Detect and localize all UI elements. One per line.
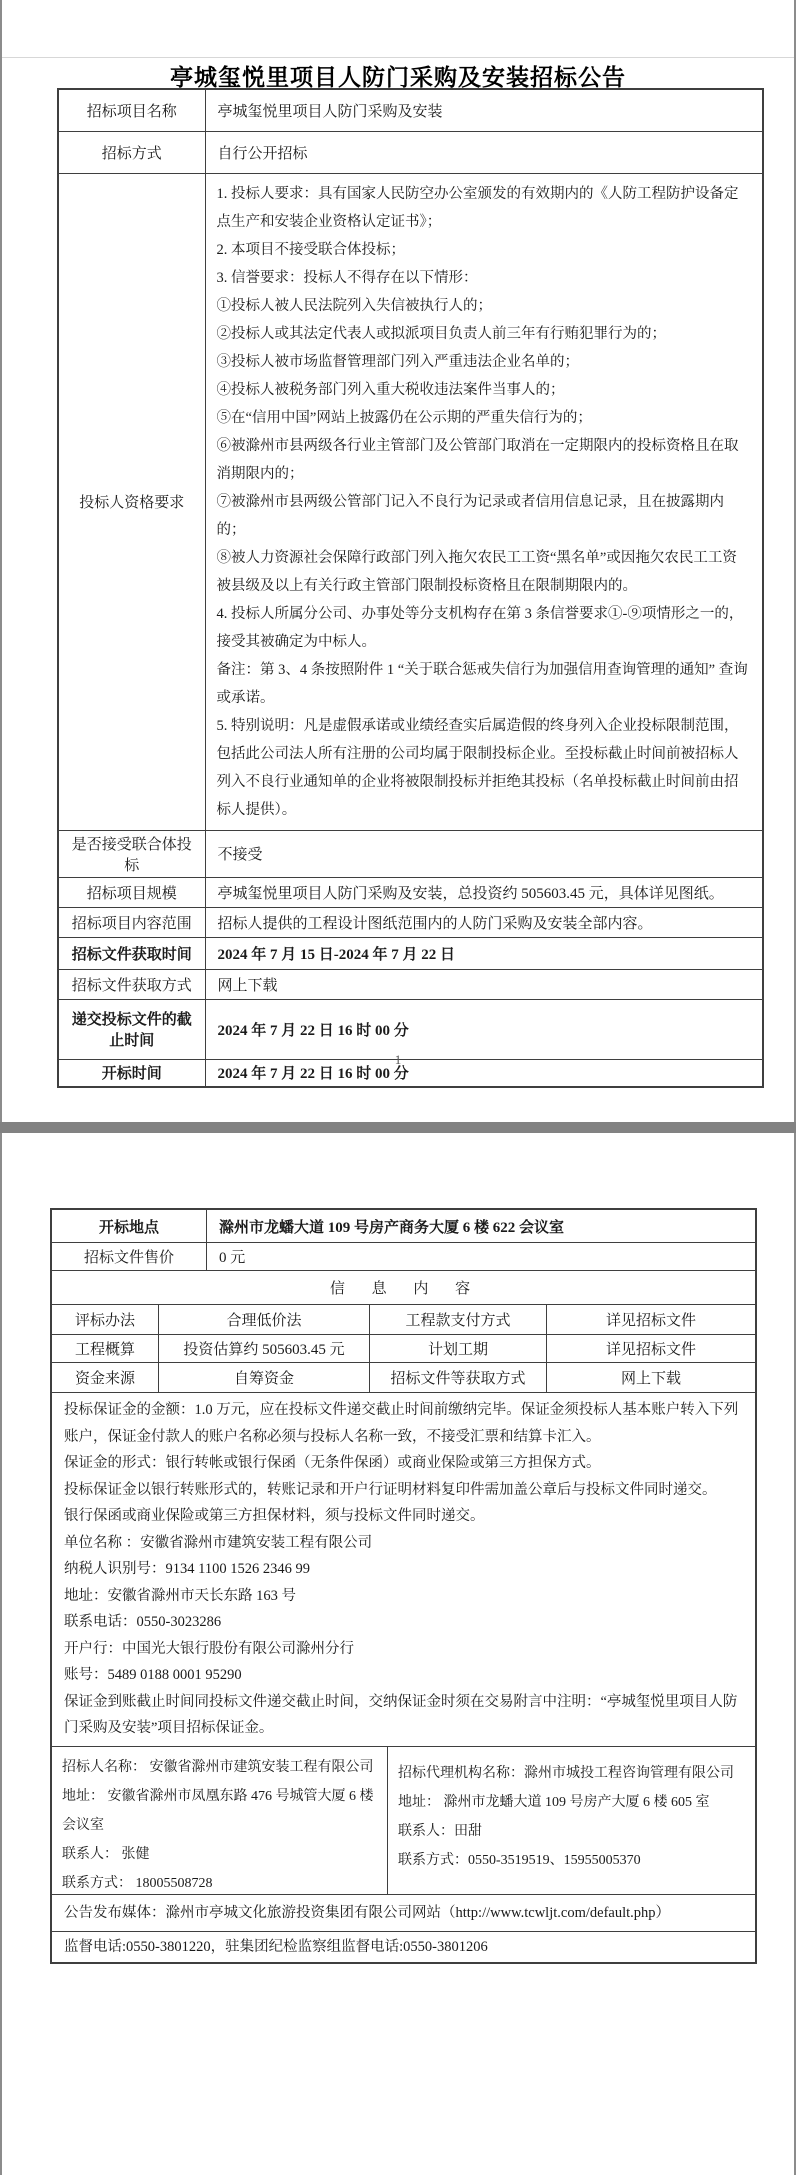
media-row: 公告发布媒体：滁州市亭城文化旅游投资集团有限公司网站（http://www.tc…: [52, 1894, 755, 1931]
table-row-qualification: 投标人资格要求 1. 投标人要求：具有国家人民防空办公室颁发的有效期内的《人防工…: [58, 173, 763, 830]
qualification-line: ④投标人被税务部门列入重大税收违法案件当事人的；: [217, 376, 752, 404]
bidder-line: 招标人名称： 安徽省滁州市建筑安装工程有限公司: [62, 1753, 377, 1782]
row-label: 投标人资格要求: [58, 173, 205, 830]
qualification-line: ⑤在“信用中国”网站上披露仍在公示期的严重失信行为的；: [217, 404, 752, 432]
bidder-line: 地址： 安徽省滁州市凤凰东路 476 号城管大厦 6 楼会议室: [62, 1782, 377, 1840]
row-value: 自行公开招标: [205, 131, 763, 173]
qualification-line: 备注：第 3、4 条按照附件 1 “关于联合惩戒失信行为加强信用查询管理的通知”…: [217, 656, 752, 712]
agency-cell: 招标代理机构名称：滁州市城投工程咨询管理有限公司 地址： 滁州市龙蟠大道 109…: [387, 1747, 755, 1894]
qualification-line: 2. 本项目不接受联合体投标；: [217, 236, 752, 264]
qualification-line: ⑧被人力资源社会保障行政部门列入拖欠农民工工资“黑名单”或因拖欠农民工工资被县级…: [217, 544, 752, 600]
deposit-cell: 投标保证金的金额：1.0 万元，应在投标文件递交截止时间前缴纳完毕。保证金须投标…: [52, 1393, 755, 1746]
page-top-divider: [2, 57, 794, 58]
supervision-text: 监督电话:0550-3801220，驻集团纪检监察组监督电话:0550-3801…: [64, 1934, 488, 1961]
row-value: 0 元: [206, 1243, 755, 1270]
table-row: 招标项目内容范围 招标人提供的工程设计图纸范围内的人防门采购及安装全部内容。: [58, 907, 763, 937]
row-value: 2024 年 7 月 22 日 16 时 00 分: [205, 999, 763, 1059]
row-value: 亭城玺悦里项目人防门采购及安装，总投资约 505603.45 元，具体详见图纸。: [205, 877, 763, 907]
contacts-row: 招标人名称： 安徽省滁州市建筑安装工程有限公司 地址： 安徽省滁州市凤凰东路 4…: [52, 1746, 755, 1894]
table-row: 是否接受联合体投标 不接受: [58, 830, 763, 877]
info-cell: 详见招标文件: [546, 1335, 755, 1362]
row-value: 招标人提供的工程设计图纸范围内的人防门采购及安装全部内容。: [205, 907, 763, 937]
deposit-line: 银行保函或商业保险或第三方担保材料，须与投标文件同时递交。: [64, 1503, 743, 1530]
row-label: 招标项目规模: [58, 877, 205, 907]
page-number: 1: [0, 1052, 796, 1068]
info-cell: 评标办法: [52, 1305, 158, 1334]
qualification-line: ③投标人被市场监督管理部门列入严重违法企业名单的；: [217, 348, 752, 376]
media-text: 公告发布媒体：滁州市亭城文化旅游投资集团有限公司网站（http://www.tc…: [64, 1900, 670, 1927]
row-value: 网上下载: [205, 969, 763, 999]
bidder-cell: 招标人名称： 安徽省滁州市建筑安装工程有限公司 地址： 安徽省滁州市凤凰东路 4…: [52, 1747, 387, 1894]
info-cell: 详见招标文件: [546, 1305, 755, 1334]
info-cell: 工程款支付方式: [369, 1305, 546, 1334]
qualification-line: 4. 投标人所属分公司、办事处等分支机构存在第 3 条信誉要求①-⑨项情形之一的…: [217, 600, 752, 656]
agency-line: 联系方式：0550-3519519、15955005370: [398, 1846, 745, 1875]
page-separator: [0, 1122, 796, 1133]
page-left-border: [0, 0, 2, 2175]
media-cell: 公告发布媒体：滁州市亭城文化旅游投资集团有限公司网站（http://www.tc…: [52, 1895, 755, 1931]
deposit-line: 投标保证金以银行转账形式的，转账记录和开户行证明材料复印件需加盖公章后与投标文件…: [64, 1477, 743, 1504]
table-row: 资金来源 自筹资金 招标文件等获取方式 网上下载: [52, 1362, 755, 1392]
table-row: 招标文件售价 0 元: [52, 1242, 755, 1270]
deposit-line: 投标保证金的金额：1.0 万元，应在投标文件递交截止时间前缴纳完毕。保证金须投标…: [64, 1397, 743, 1450]
deposit-line: 保证金到账截止时间同投标文件递交截止时间，交纳保证金时须在交易附言中注明：“亭城…: [64, 1689, 743, 1742]
deposit-line: 保证金的形式：银行转帐或银行保函（无条件保函）或商业保险或第三方担保方式。: [64, 1450, 743, 1477]
page1-table: 招标项目名称 亭城玺悦里项目人防门采购及安装 招标方式 自行公开招标 投标人资格…: [57, 88, 764, 1088]
info-cell: 网上下载: [546, 1363, 755, 1392]
document-viewer: { "document": { "page1": { "title": "亭城玺…: [0, 0, 796, 2175]
table-row: 招标项目名称 亭城玺悦里项目人防门采购及安装: [58, 89, 763, 131]
row-label: 招标文件售价: [52, 1243, 206, 1270]
section-header-row: 信 息 内 容: [52, 1270, 755, 1304]
qualification-line: ⑥被滁州市县两级各行业主管部门及公管部门取消在一定期限内的投标资格且在取消期限内…: [217, 432, 752, 488]
table-row: 招标文件获取时间 2024 年 7 月 15 日-2024 年 7 月 22 日: [58, 937, 763, 969]
row-value: 滁州市龙蟠大道 109 号房产商务大厦 6 楼 622 会议室: [206, 1210, 755, 1242]
row-label: 递交投标文件的截止时间: [58, 999, 205, 1059]
deposit-row: 投标保证金的金额：1.0 万元，应在投标文件递交截止时间前缴纳完毕。保证金须投标…: [52, 1392, 755, 1746]
row-value: 2024 年 7 月 15 日-2024 年 7 月 22 日: [205, 937, 763, 969]
row-value: 不接受: [205, 830, 763, 877]
bidder-line: 联系方式： 18005508728: [62, 1869, 377, 1894]
deposit-line: 联系电话：0550-3023286: [64, 1609, 743, 1636]
info-cell: 工程概算: [52, 1335, 158, 1362]
supervision-cell: 监督电话:0550-3801220，驻集团纪检监察组监督电话:0550-3801…: [52, 1932, 755, 1962]
deposit-line: 纳税人识别号：9134 1100 1526 2346 99: [64, 1556, 743, 1583]
table-row: 评标办法 合理低价法 工程款支付方式 详见招标文件: [52, 1304, 755, 1334]
row-label: 招标项目内容范围: [58, 907, 205, 937]
supervision-row: 监督电话:0550-3801220，驻集团纪检监察组监督电话:0550-3801…: [52, 1931, 755, 1962]
info-cell: 计划工期: [369, 1335, 546, 1362]
table-row: 招标项目规模 亭城玺悦里项目人防门采购及安装，总投资约 505603.45 元，…: [58, 877, 763, 907]
bidder-line: 联系人： 张健: [62, 1840, 377, 1869]
qualification-line: 3. 信誉要求：投标人不得存在以下情形：: [217, 264, 752, 292]
agency-line: 联系人：田甜: [398, 1817, 745, 1846]
table-row: 递交投标文件的截止时间 2024 年 7 月 22 日 16 时 00 分: [58, 999, 763, 1059]
info-cell: 资金来源: [52, 1363, 158, 1392]
row-label: 招标方式: [58, 131, 205, 173]
qualification-line: ②投标人或其法定代表人或拟派项目负责人前三年有行贿犯罪行为的；: [217, 320, 752, 348]
row-value: 亭城玺悦里项目人防门采购及安装: [205, 89, 763, 131]
table-row: 招标方式 自行公开招标: [58, 131, 763, 173]
deposit-line: 地址：安徽省滁州市天长东路 163 号: [64, 1583, 743, 1610]
info-cell: 自筹资金: [158, 1363, 369, 1392]
qualification-line: ⑦被滁州市县两级公管部门记入不良行为记录或者信用信息记录，且在披露期内的；: [217, 488, 752, 544]
qualification-line: ①投标人被人民法院列入失信被执行人的；: [217, 292, 752, 320]
table-row: 开标地点 滁州市龙蟠大道 109 号房产商务大厦 6 楼 622 会议室: [52, 1210, 755, 1242]
deposit-line: 开户行：中国光大银行股份有限公司滁州分行: [64, 1636, 743, 1663]
info-cell: 合理低价法: [158, 1305, 369, 1334]
row-label: 开标地点: [52, 1210, 206, 1242]
deposit-line: 单位名称 ：安徽省滁州市建筑安装工程有限公司: [64, 1530, 743, 1557]
info-cell: 招标文件等获取方式: [369, 1363, 546, 1392]
agency-line: 地址： 滁州市龙蟠大道 109 号房产大厦 6 楼 605 室: [398, 1788, 745, 1817]
row-label: 招标文件获取时间: [58, 937, 205, 969]
info-cell: 投资估算约 505603.45 元: [158, 1335, 369, 1362]
table-row: 工程概算 投资估算约 505603.45 元 计划工期 详见招标文件: [52, 1334, 755, 1362]
qualification-cell: 1. 投标人要求：具有国家人民防空办公室颁发的有效期内的《人防工程防护设备定点生…: [205, 173, 763, 830]
qualification-line: 5. 特别说明：凡是虚假承诺或业绩经查实后属造假的终身列入企业投标限制范围，包括…: [217, 712, 752, 824]
qualification-line: 1. 投标人要求：具有国家人民防空办公室颁发的有效期内的《人防工程防护设备定点生…: [217, 180, 752, 236]
table-row: 招标文件获取方式 网上下载: [58, 969, 763, 999]
deposit-line: 账号：5489 0188 0001 95290: [64, 1662, 743, 1689]
row-label: 是否接受联合体投标: [58, 830, 205, 877]
row-label: 招标文件获取方式: [58, 969, 205, 999]
section-header: 信 息 内 容: [52, 1271, 755, 1304]
agency-line: 招标代理机构名称：滁州市城投工程咨询管理有限公司: [398, 1759, 745, 1788]
page2-table: 开标地点 滁州市龙蟠大道 109 号房产商务大厦 6 楼 622 会议室 招标文…: [50, 1208, 757, 1964]
row-label: 招标项目名称: [58, 89, 205, 131]
